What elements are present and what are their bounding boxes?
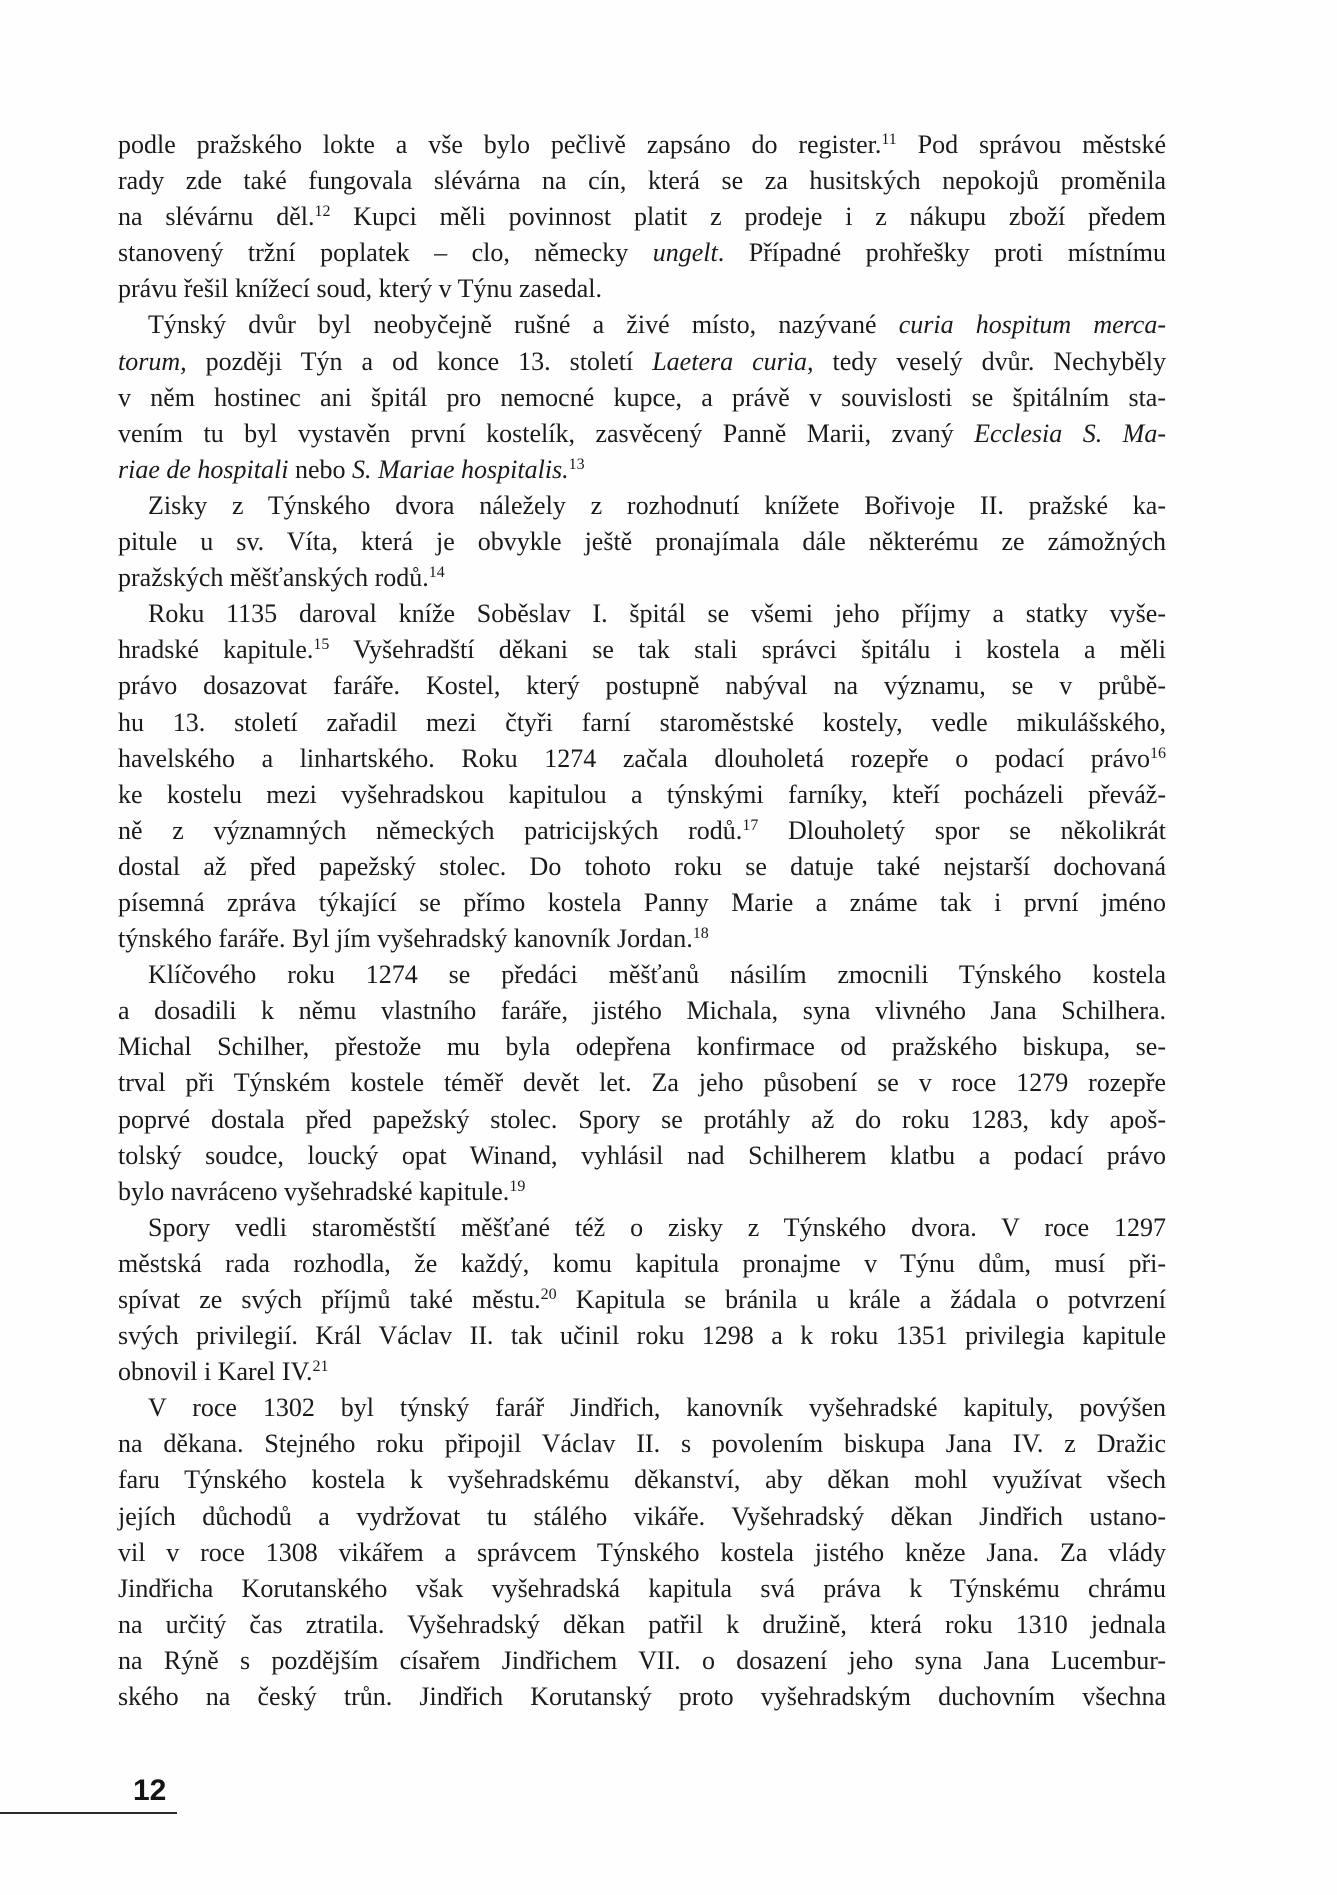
footnote-ref: 13 <box>569 456 585 473</box>
text-line: poprvé dostala před papežský stolec. Spo… <box>118 1102 1166 1138</box>
text-line: týnského faráře. Byl jím vyšehradský kan… <box>118 921 1166 957</box>
footnote-ref: 16 <box>1150 745 1166 762</box>
text-line: hu 13. století zařadil mezi čtyři farní … <box>118 705 1166 741</box>
text-line: a dosadili k němu vlastního faráře, jist… <box>118 993 1166 1029</box>
text-line: svých privilegií. Král Václav II. tak uč… <box>118 1318 1166 1354</box>
text-line: hradské kapitule.15 Vyšehradští děkani s… <box>118 632 1166 668</box>
text-line: stanovený tržní poplatek – clo, německy … <box>118 235 1166 271</box>
text-line: Roku 1135 daroval kníže Soběslav I. špit… <box>118 596 1166 632</box>
text-line: ke kostelu mezi vyšehradskou kapitulou a… <box>118 777 1166 813</box>
body-text: podle pražského lokte a vše bylo pečlivě… <box>118 127 1166 1715</box>
text-line: trval při Týnském kostele téměř devět le… <box>118 1065 1166 1101</box>
paragraph: Roku 1135 daroval kníže Soběslav I. špit… <box>118 596 1166 957</box>
text-line: v něm hostinec ani špitál pro nemocné ku… <box>118 380 1166 416</box>
text-line: právu řešil knížecí soud, který v Týnu z… <box>118 271 1166 307</box>
text-line: V roce 1302 byl týnský farář Jindřich, k… <box>118 1390 1166 1426</box>
text-line: torum, později Týn a od konce 13. stolet… <box>118 344 1166 380</box>
text-line: městská rada rozhodla, že každý, komu ka… <box>118 1246 1166 1282</box>
footer-rule <box>0 1812 177 1814</box>
paragraph: podle pražského lokte a vše bylo pečlivě… <box>118 127 1166 307</box>
footnote-ref: 19 <box>509 1178 525 1195</box>
text-line: Michal Schilher, přestože mu byla odepře… <box>118 1029 1166 1065</box>
text-line: tolský soudce, loucký opat Winand, vyhlá… <box>118 1138 1166 1174</box>
paragraph: Týnský dvůr byl neobyčejně rušné a živé … <box>118 307 1166 487</box>
text-line: havelského a linhartského. Roku 1274 zač… <box>118 741 1166 777</box>
footnote-ref: 11 <box>881 131 896 148</box>
text-line: pitule u sv. Víta, která je obvykle ješt… <box>118 524 1166 560</box>
book-page: podle pražského lokte a vše bylo pečlivě… <box>0 0 1337 1895</box>
text-line: vil v roce 1308 vikářem a správcem Týnsk… <box>118 1535 1166 1571</box>
text-line: na slévárnu děl.12 Kupci měli povinnost … <box>118 199 1166 235</box>
text-line: Klíčového roku 1274 se předáci měšťanů n… <box>118 957 1166 993</box>
text-line: spívat ze svých příjmů také městu.20 Kap… <box>118 1282 1166 1318</box>
text-line: na určitý čas ztratila. Vyšehradský děka… <box>118 1607 1166 1643</box>
text-line: obnovil i Karel IV.21 <box>118 1354 1166 1390</box>
text-line: Jindřicha Korutanského však vyšehradská … <box>118 1571 1166 1607</box>
text-line: na Rýně s pozdějším císařem Jindřichem V… <box>118 1643 1166 1679</box>
text-line: písemná zpráva týkající se přímo kostela… <box>118 885 1166 921</box>
paragraph: V roce 1302 byl týnský farář Jindřich, k… <box>118 1390 1166 1715</box>
text-line: bylo navráceno vyšehradské kapitule.19 <box>118 1174 1166 1210</box>
paragraph: Zisky z Týnského dvora náležely z rozhod… <box>118 488 1166 596</box>
text-line: Zisky z Týnského dvora náležely z rozhod… <box>118 488 1166 524</box>
footnote-ref: 18 <box>693 925 709 942</box>
text-line: riae de hospitali nebo S. Mariae hospita… <box>118 452 1166 488</box>
text-line: rady zde také fungovala slévárna na cín,… <box>118 163 1166 199</box>
page-number: 12 <box>133 1776 166 1806</box>
text-line: ského na český trůn. Jindřich Korutanský… <box>118 1679 1166 1715</box>
text-line: faru Týnského kostela k vyšehradskému dě… <box>118 1462 1166 1498</box>
text-line: vením tu byl vystavěn první kostelík, za… <box>118 416 1166 452</box>
text-line: Spory vedli staroměstští měšťané též o z… <box>118 1210 1166 1246</box>
text-line: na děkana. Stejného roku připojil Václav… <box>118 1426 1166 1462</box>
text-line: dostal až před papežský stolec. Do tohot… <box>118 849 1166 885</box>
footnote-ref: 14 <box>429 564 445 581</box>
paragraph: Klíčového roku 1274 se předáci měšťanů n… <box>118 957 1166 1210</box>
footnote-ref: 15 <box>313 636 329 653</box>
footnote-ref: 17 <box>742 817 758 834</box>
paragraph: Spory vedli staroměstští měšťané též o z… <box>118 1210 1166 1390</box>
footnote-ref: 21 <box>313 1358 329 1375</box>
text-line: ně z významných německých patricijských … <box>118 813 1166 849</box>
text-line: pražských měšťanských rodů.14 <box>118 560 1166 596</box>
text-line: jejích důchodů a vydržovat tu stálého vi… <box>118 1499 1166 1535</box>
footnote-ref: 12 <box>314 203 330 220</box>
text-line: Týnský dvůr byl neobyčejně rušné a živé … <box>118 307 1166 343</box>
footnote-ref: 20 <box>541 1286 557 1303</box>
text-line: podle pražského lokte a vše bylo pečlivě… <box>118 127 1166 163</box>
text-line: právo dosazovat faráře. Kostel, který po… <box>118 668 1166 704</box>
